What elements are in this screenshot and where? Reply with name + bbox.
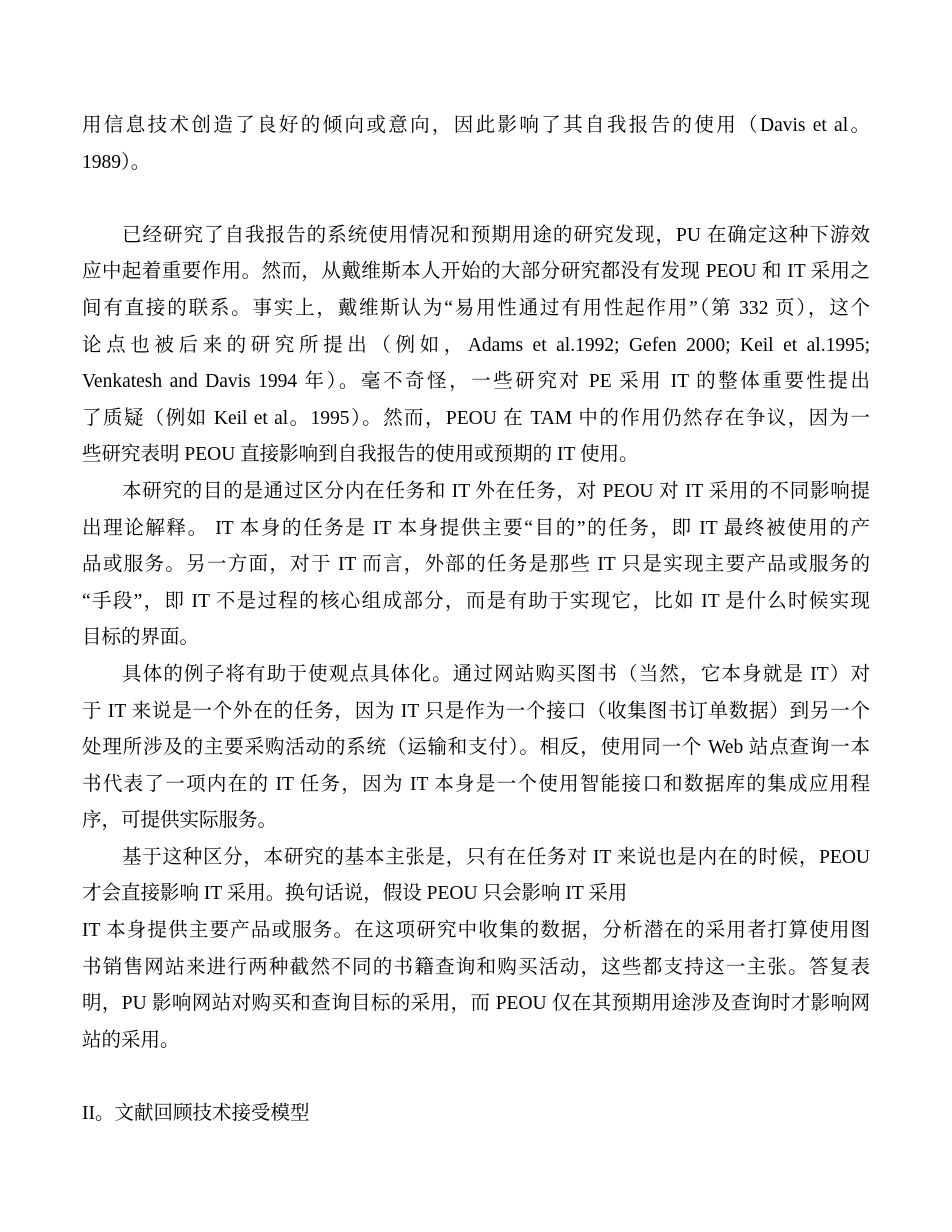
text-line: 出理论解释。 IT 本身的任务是 IT 本身提供主要“目的”的任务，即 IT 最… (82, 511, 870, 548)
text-line: 些研究表明 PEOU 直接影响到自我报告的使用或预期的 IT 使用。 (82, 437, 870, 474)
text-line: 处理所涉及的主要采购活动的系统（运输和支付）。相反，使用同一个 Web 站点查询… (82, 730, 870, 767)
text-line: 具体的例子将有助于使观点具体化。通过网站购买图书（当然，它本身就是 IT）对 (82, 657, 870, 694)
document-page: 用信息技术创造了良好的倾向或意向，因此影响了其自我报告的使用（Davis et … (0, 0, 952, 1232)
para-concrete-example: 具体的例子将有助于使观点具体化。通过网站购买图书（当然，它本身就是 IT）对于 … (82, 657, 870, 840)
text-line: 明，PU 影响网站对购买和查询目标的采用，而 PEOU 仅在其预期用途涉及查询时… (82, 986, 870, 1023)
text-line: IT 本身提供主要产品或服务。在这项研究中收集的数据，分析潜在的采用者打算使用图 (82, 913, 870, 950)
para-basic-proposition: 基于这种区分，本研究的基本主张是，只有在任务对 IT 来说也是内在的时候，PEO… (82, 840, 870, 1060)
blank-line (82, 181, 870, 218)
para-study-purpose: 本研究的目的是通过区分内在任务和 IT 外在任务，对 PEOU 对 IT 采用的… (82, 474, 870, 657)
text-line: 论点也被后来的研究所提出（例如，Adams et al.1992; Gefen … (82, 328, 870, 365)
document-content: 用信息技术创造了良好的倾向或意向，因此影响了其自我报告的使用（Davis et … (0, 0, 952, 1133)
blank-line (82, 1059, 870, 1096)
heading-line: II。文献回顾技术接受模型 (82, 1096, 870, 1133)
text-line: 用信息技术创造了良好的倾向或意向，因此影响了其自我报告的使用（Davis et … (82, 108, 870, 145)
para-pu-peou-research: 已经研究了自我报告的系统使用情况和预期用途的研究发现，PU 在确定这种下游效应中… (82, 218, 870, 474)
text-line: 基于这种区分，本研究的基本主张是，只有在任务对 IT 来说也是内在的时候，PEO… (82, 840, 870, 877)
text-line: 书销售网站来进行两种截然不同的书籍查询和购买活动，这些都支持这一主张。答复表 (82, 950, 870, 987)
text-line: 目标的界面。 (82, 620, 870, 657)
text-line: 1989）。 (82, 145, 870, 182)
text-line: 序，可提供实际服务。 (82, 803, 870, 840)
text-line: 本研究的目的是通过区分内在任务和 IT 外在任务，对 PEOU 对 IT 采用的… (82, 474, 870, 511)
text-line: “手段”，即 IT 不是过程的核心组成部分，而是有助于实现它，比如 IT 是什么… (82, 584, 870, 621)
text-line: 于 IT 来说是一个外在的任务，因为 IT 只是作为一个接口（收集图书订单数据）… (82, 694, 870, 731)
text-line: 应中起着重要作用。然而，从戴维斯本人开始的大部分研究都没有发现 PEOU 和 I… (82, 254, 870, 291)
text-line: 才会直接影响 IT 采用。换句话说，假设 PEOU 只会影响 IT 采用 (82, 876, 870, 913)
text-line: 站的采用。 (82, 1023, 870, 1060)
text-line: 了质疑（例如 Keil et al。1995）。然而，PEOU 在 TAM 中的… (82, 401, 870, 438)
text-line: Venkatesh and Davis 1994 年）。毫不奇怪，一些研究对 P… (82, 364, 870, 401)
text-line: 已经研究了自我报告的系统使用情况和预期用途的研究发现，PU 在确定这种下游效 (82, 218, 870, 255)
text-line: 书代表了一项内在的 IT 任务，因为 IT 本身是一个使用智能接口和数据库的集成… (82, 767, 870, 804)
para-intro-continuation: 用信息技术创造了良好的倾向或意向，因此影响了其自我报告的使用（Davis et … (82, 108, 870, 181)
text-line: 品或服务。另一方面，对于 IT 而言，外部的任务是那些 IT 只是实现主要产品或… (82, 547, 870, 584)
section-heading-literature-review: II。文献回顾技术接受模型 (82, 1096, 870, 1133)
text-line: 间有直接的联系。事实上，戴维斯认为“易用性通过有用性起作用”（第 332 页），… (82, 291, 870, 328)
